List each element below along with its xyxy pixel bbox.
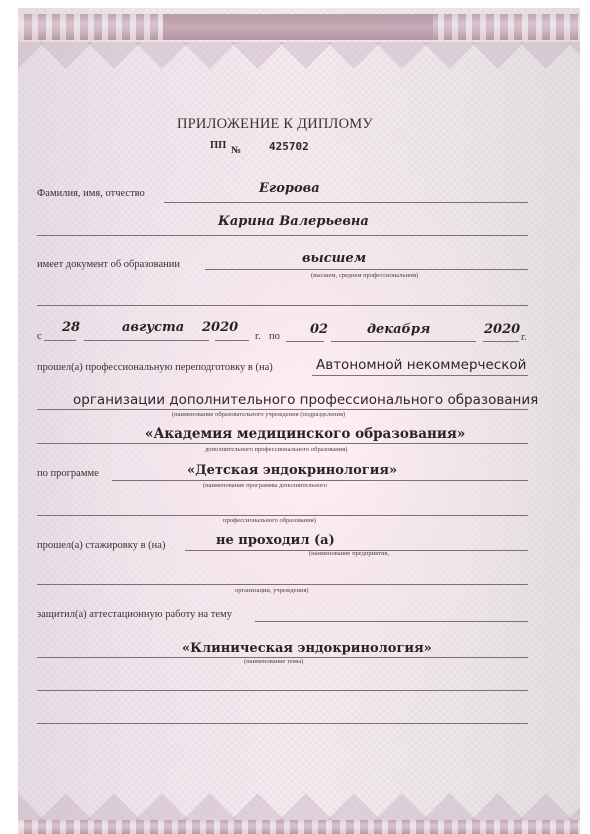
document-number: 425702	[269, 140, 309, 153]
to-year: 2020	[484, 322, 520, 337]
institution-hint-2: дополнительного профессионального образо…	[205, 446, 347, 453]
document-series: ПП	[210, 140, 226, 151]
period-from-prefix: с	[37, 331, 42, 342]
year-suffix-1: г.	[255, 331, 261, 342]
retraining-label: прошел(а) профессиональную переподготовк…	[37, 362, 273, 373]
thesis-rule	[255, 621, 528, 622]
internship-value: не проходил (а)	[216, 533, 335, 548]
program-label: по программе	[37, 468, 99, 479]
thesis-value: «Клиническая эндокринология»	[182, 641, 432, 656]
to-month: декабря	[367, 322, 430, 337]
to-month-line	[331, 341, 476, 342]
education-extra-line	[37, 305, 528, 306]
from-month: августа	[122, 320, 184, 335]
period-to-prefix: по	[269, 331, 280, 342]
program-value: «Детская эндокринология»	[187, 463, 397, 478]
education-line	[205, 269, 528, 270]
number-sign: №	[231, 145, 241, 156]
from-month-line	[84, 340, 209, 341]
blank-rule-1	[37, 690, 528, 691]
thesis-label: защитил(а) аттестационную работу на тему	[37, 609, 232, 620]
program-hint-2: профессионального образования)	[223, 517, 316, 524]
year-suffix-2: г.	[521, 332, 527, 343]
name-patronymic-value: Карина Валерьевна	[218, 214, 369, 229]
program-rule-2	[37, 515, 528, 516]
from-year-line	[215, 340, 249, 341]
program-rule	[112, 480, 528, 481]
education-hint: (высшем, среднем профессиональном)	[311, 272, 418, 279]
institution-line-2-rule	[37, 409, 528, 410]
institution-line-3: «Академия медицинского образования»	[145, 426, 465, 442]
from-day: 28	[62, 320, 80, 335]
thesis-hint: (наименование темы)	[244, 658, 303, 665]
institution-line-1: Автономной некоммерческой	[316, 357, 526, 373]
internship-hint-1: (наименование предприятия,	[309, 550, 389, 557]
program-hint-1: (наименование программы дополнительного	[203, 482, 327, 489]
institution-line-3-rule	[37, 443, 528, 444]
internship-rule-2	[37, 584, 528, 585]
fio-label: Фамилия, имя, отчество	[37, 188, 145, 199]
institution-line-1-rule	[312, 375, 528, 376]
from-year: 2020	[202, 320, 238, 335]
document-title: ПРИЛОЖЕНИЕ К ДИПЛОМУ	[177, 116, 373, 133]
internship-label: прошел(а) стажировку в (на)	[37, 540, 165, 551]
blank-rule-2	[37, 723, 528, 724]
from-day-line	[44, 340, 76, 341]
institution-line-2: организации дополнительного профессионал…	[73, 392, 538, 408]
institution-hint-1: (наименование образовательного учреждени…	[172, 411, 345, 418]
top-ornament-band	[18, 14, 580, 40]
bottom-ornament-band	[18, 820, 580, 834]
education-label: имеет документ об образовании	[37, 259, 180, 270]
surname-value: Егорова	[259, 181, 320, 196]
top-guilloche-pattern	[18, 42, 580, 102]
to-day: 02	[310, 322, 328, 337]
to-year-line	[483, 341, 519, 342]
name-line	[37, 235, 528, 236]
education-value: высшем	[302, 251, 366, 266]
internship-hint-2: организации, учреждения)	[235, 587, 309, 594]
surname-line	[164, 202, 528, 203]
to-day-line	[286, 341, 324, 342]
bottom-guilloche-pattern	[18, 760, 580, 820]
